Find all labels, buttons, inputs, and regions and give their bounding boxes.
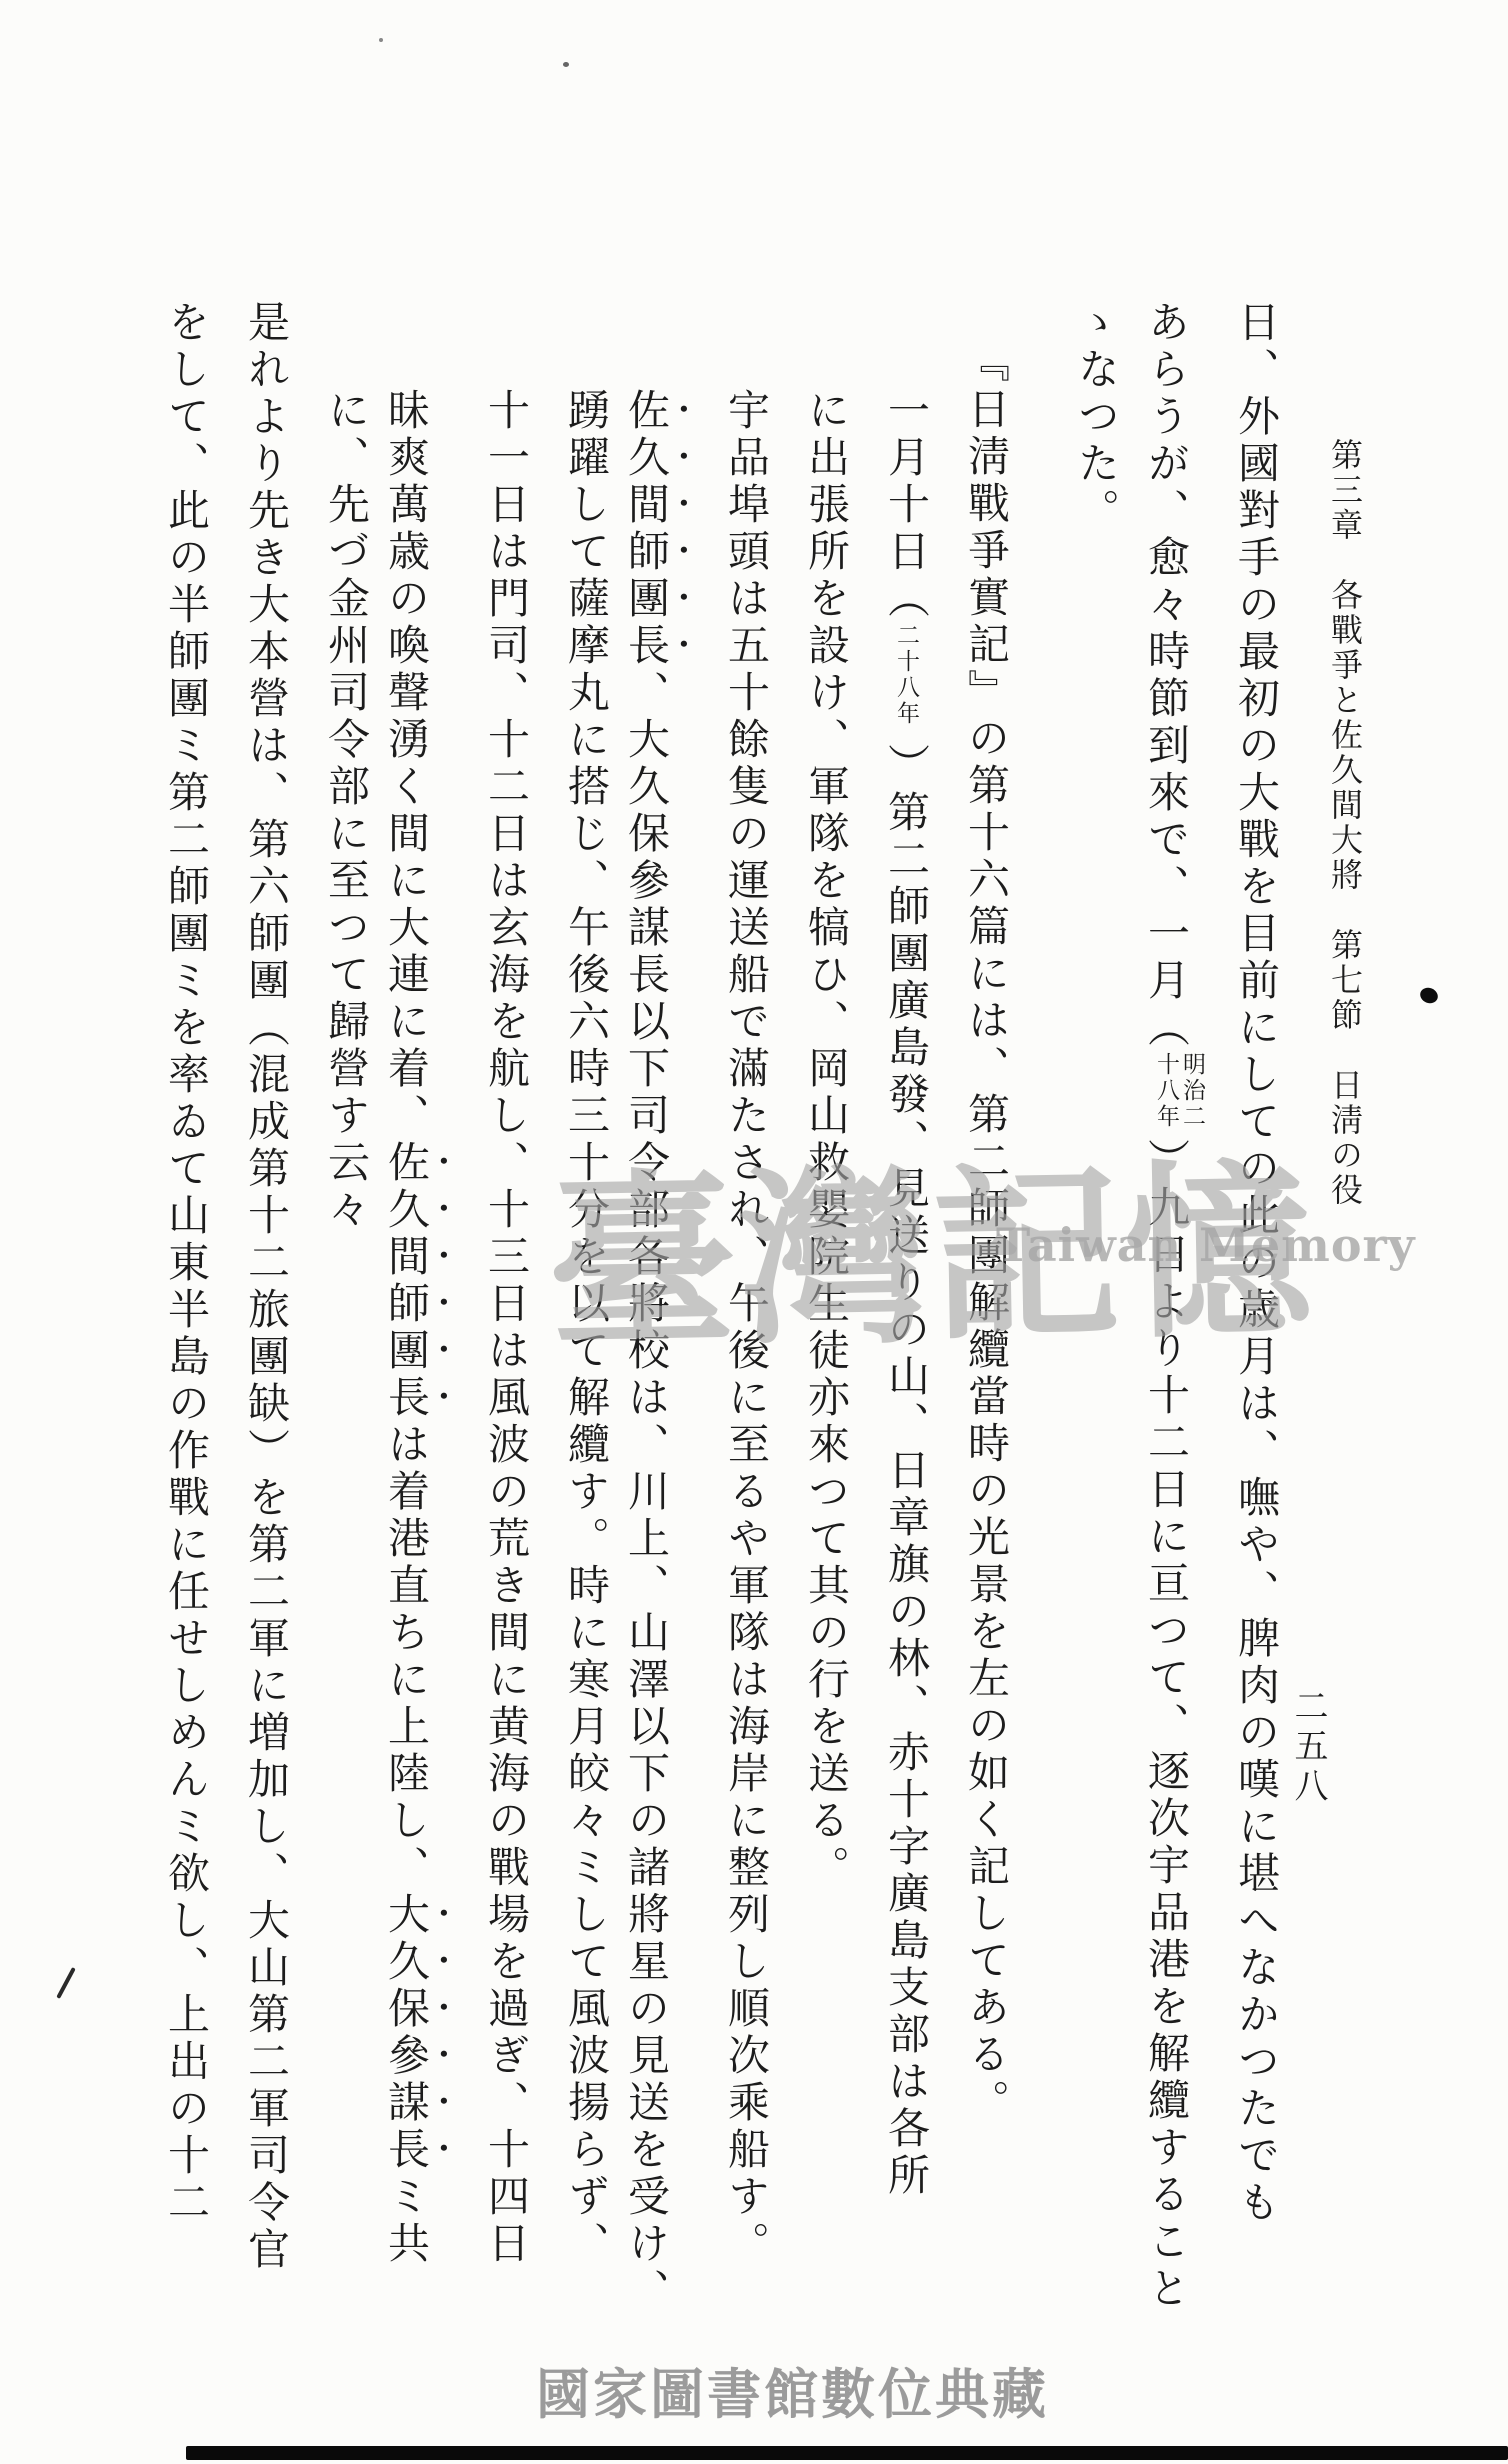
pen-mark	[56, 1967, 75, 1999]
text-run: 踴躍して薩摩丸に搭じ、午後六時三十分を以て解纜す。時に寒月皎々ミして風波揚らず、	[562, 388, 611, 2268]
text-column-01: 日、外國對手の最初の大戰を目前にしての此の歳月は、嘸や、脾肉の嘆に堪へなかつたで…	[1227, 300, 1285, 2227]
emphasized-name: 大久保參謀長	[382, 1892, 431, 2174]
text-run: に出張所を設け、軍隊を犒ひ、岡山救嬰院生徒亦來つて其の行を送る。	[802, 388, 851, 1892]
scan-speck	[379, 38, 383, 42]
taiwan-memory-latin-watermark: Taiwan Memory	[996, 1218, 1415, 1272]
inline-year-annotation: 明治二十八年	[1153, 1052, 1205, 1138]
text-column-13: 是れより先き大本營は、第六師團（混成第十二旅團缺）を第二軍に増加し、大山第二軍司…	[237, 300, 295, 2274]
text-column-10: 十一日は門司、十二日は玄海を航し、十三日は風波の荒き間に黄海の戰場を過ぎ、十四日	[477, 388, 535, 2268]
text-column-09: 踴躍して薩摩丸に搭じ、午後六時三十分を以て解纜す。時に寒月皎々ミして風波揚らず、	[557, 388, 615, 2268]
text-run: 日、外國對手の最初の大戰を目前にしての此の歳月は、嘸や、脾肉の嘆に堪へなかつたで…	[1232, 300, 1281, 2227]
text-run: 宇品埠頭は五十餘隻の運送船で滿たされ、午後に至るや軍隊は海岸に整列し順次乘船す。	[722, 388, 771, 2268]
text-run: 是れより先き大本營は、第六師團（混成第十二旅團缺）を第二軍に増加し、大山第二軍司…	[242, 300, 291, 2274]
text-run: 、大久保參謀長以下司令部各將校は、川上、山澤以下の諸將星の見送を受け、	[622, 670, 671, 2315]
national-library-footer-stamp: 國家圖書館數位典藏	[536, 2352, 1049, 2429]
inline-year-annotation: 二十八年	[893, 623, 919, 743]
text-run: をして、此の半師團ミ第二師團ミを率ゐて山東半島の作戰に任せしめんミ欲し、上出の十…	[162, 300, 211, 2227]
scan-speck	[563, 62, 569, 67]
text-column-03: ゝなつた。	[1067, 300, 1125, 535]
text-run: 一月十日（	[882, 388, 931, 623]
emphasized-name: 佐久間師團長	[382, 1140, 431, 1422]
text-column-04: 『日淸戰爭實記』の第十六篇には、第二師團解纜當時の光景を左の如く記してある。	[957, 340, 1015, 2126]
text-run: 『日淸戰爭實記』の第十六篇には、第二師團解纜當時の光景を左の如く記してある。	[962, 340, 1011, 2126]
text-run: ミ共	[382, 2174, 431, 2268]
text-run: は着港直ちに上陸し、	[382, 1422, 431, 1892]
text-run: ）第二師團廣島發、見送りの山、日章旗の林、赤十字廣島支部は各所	[882, 743, 931, 2200]
text-column-05: 一月十日（二十八年）第二師團廣島發、見送りの山、日章旗の林、赤十字廣島支部は各所	[877, 388, 935, 2200]
text-run: ゝなつた。	[1072, 300, 1121, 535]
page-number: 二五八	[1286, 1688, 1330, 1808]
text-run: ）九日より十二日に亘つて、逐次宇品港を解纜すること	[1142, 1138, 1191, 2313]
chapter-header-column: 第三章 各戰爭と佐久間大將 第七節 日淸の役	[1323, 438, 1367, 1208]
text-column-08: 佐久間師團長、大久保參謀長以下司令部各將校は、川上、山澤以下の諸將星の見送を受け…	[637, 388, 695, 2315]
scan-edge-bar	[186, 2446, 1508, 2460]
text-run: あらうが、愈々時節到來で、一月（	[1142, 300, 1191, 1052]
emphasized-name: 佐久間師團長	[622, 388, 671, 670]
text-column-11: 昧爽萬歳の喚聲湧く間に大連に着、佐久間師團長は着港直ちに上陸し、大久保參謀長ミ共	[397, 388, 455, 2268]
text-column-06: に出張所を設け、軍隊を犒ひ、岡山救嬰院生徒亦來つて其の行を送る。	[797, 388, 855, 1892]
document-page: 第三章 各戰爭と佐久間大將 第七節 日淸の役 二五八 日、外國對手の最初の大戰を…	[0, 0, 1508, 2464]
text-column-14: をして、此の半師團ミ第二師團ミを率ゐて山東半島の作戰に任せしめんミ欲し、上出の十…	[157, 300, 215, 2227]
text-column-07: 宇品埠頭は五十餘隻の運送船で滿たされ、午後に至るや軍隊は海岸に整列し順次乘船す。	[717, 388, 775, 2268]
ink-blot	[1418, 985, 1440, 1006]
text-column-12: に、先づ金州司令部に至つて歸營す云々	[317, 388, 375, 1234]
text-column-02: あらうが、愈々時節到來で、一月（明治二十八年）九日より十二日に亘つて、逐次宇品港…	[1147, 300, 1205, 2313]
text-run: 十一日は門司、十二日は玄海を航し、十三日は風波の荒き間に黄海の戰場を過ぎ、十四日	[482, 388, 531, 2268]
text-run: 昧爽萬歳の喚聲湧く間に大連に着、	[382, 388, 431, 1140]
text-run: に、先づ金州司令部に至つて歸營す云々	[322, 388, 371, 1234]
